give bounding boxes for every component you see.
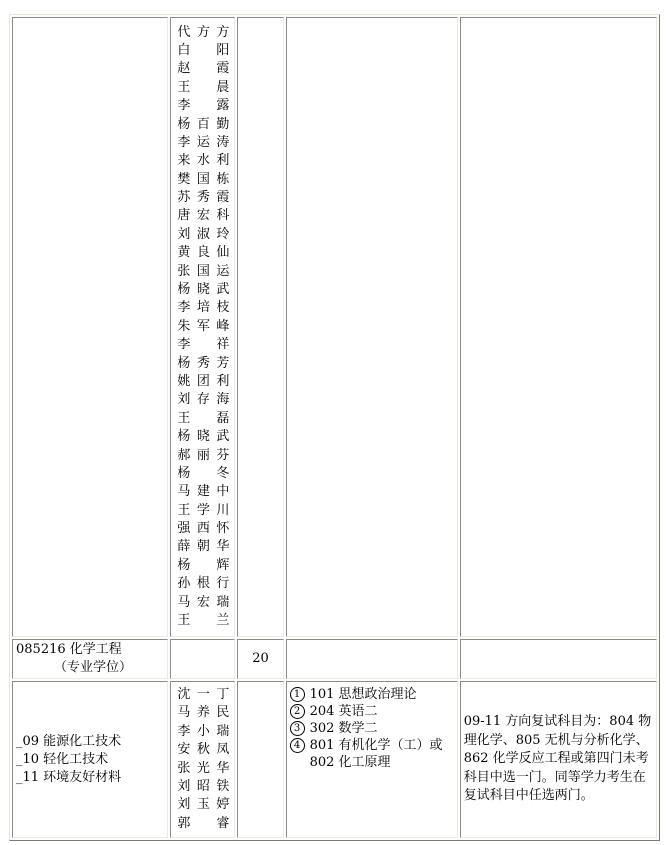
exam-subjects-cell <box>286 639 458 679</box>
exam-subject-item: 2 204 英语二 <box>290 703 454 720</box>
exam-subjects-cell: 1 101 思想政治理论 2 204 英语二 3 302 数学二 4 801 有… <box>286 681 458 838</box>
supervisor-name: 郭 睿 <box>177 815 229 833</box>
circled-number-icon: 1 <box>290 687 305 702</box>
specialty-cell: 085216 化学工程 （专业学位） <box>12 639 168 679</box>
supervisor-name: 黄良仙 <box>177 244 229 262</box>
notes-cell <box>460 639 657 679</box>
supervisor-name: 李运涛 <box>177 134 229 152</box>
notes-cell: 09-11 方向复试科目为：804 物理化学、805 无机与分析化学、862 化… <box>460 681 657 838</box>
exam-subjects-cell <box>286 17 458 637</box>
supervisor-name: 安秋凤 <box>177 741 229 759</box>
supervisor-name: 马建中 <box>177 483 229 501</box>
specialty-cell <box>12 17 168 637</box>
supervisor-name: 王 磊 <box>177 410 229 428</box>
supervisor-name: 李小瑞 <box>177 723 229 741</box>
supervisor-name: 杨 冬 <box>177 465 229 483</box>
table-row: _09 能源化工技术 _10 轻化工技术 _11 环境友好材料 沈一丁马养民李小… <box>12 681 657 838</box>
supervisor-name: 姚团利 <box>177 373 229 391</box>
supervisor-name: 来水利 <box>177 152 229 170</box>
supervisor-name: 赵 霞 <box>177 60 229 78</box>
supervisors-cell: 沈一丁马养民李小瑞安秋凤张光华刘昭铁刘玉婷郭 睿 <box>170 681 235 838</box>
supervisor-name: 孙根行 <box>177 575 229 593</box>
supervisor-name: 白 阳 <box>177 42 229 60</box>
supervisor-name: 马养民 <box>177 704 229 722</box>
supervisor-name: 王 兰 <box>177 612 229 630</box>
table-row: 085216 化学工程 （专业学位） 20 <box>12 639 657 679</box>
supervisor-name: 樊国栋 <box>177 171 229 189</box>
supervisor-name: 刘存海 <box>177 391 229 409</box>
supervisor-name: 强西怀 <box>177 520 229 538</box>
supervisor-name: 杨 辉 <box>177 557 229 575</box>
supervisor-name: 唐宏科 <box>177 207 229 225</box>
direction-item: _10 轻化工技术 <box>16 751 164 769</box>
supervisor-name: 杨晓武 <box>177 428 229 446</box>
circled-number-icon: 2 <box>290 704 305 719</box>
supervisor-name: 李 露 <box>177 97 229 115</box>
supervisor-name: 郝丽芬 <box>177 447 229 465</box>
supervisor-name: 张国运 <box>177 263 229 281</box>
specialty-code-name: 085216 化学工程 <box>16 642 122 657</box>
supervisor-name: 刘玉婷 <box>177 796 229 814</box>
research-directions-cell: _09 能源化工技术 _10 轻化工技术 _11 环境友好材料 <box>12 681 168 838</box>
supervisor-name: 沈一丁 <box>177 686 229 704</box>
supervisors-cell <box>170 639 235 679</box>
supervisor-name: 杨秀芳 <box>177 355 229 373</box>
supervisor-name: 杨晓武 <box>177 281 229 299</box>
quota-cell <box>237 681 283 838</box>
supervisor-name: 代方方 <box>177 24 229 42</box>
supervisor-name: 李培枝 <box>177 299 229 317</box>
table-row: 代方方白 阳赵 霞王 晨李 露杨百勤李运涛来水利樊国栋苏秀霞唐宏科刘淑玲黄良仙张… <box>12 17 657 637</box>
supervisor-name: 苏秀霞 <box>177 189 229 207</box>
circled-number-icon: 4 <box>290 738 305 753</box>
supervisor-name: 马宏瑞 <box>177 594 229 612</box>
exam-subject-item: 3 302 数学二 <box>290 720 454 737</box>
supervisor-name: 薛朝华 <box>177 538 229 556</box>
supervisor-name: 王 晨 <box>177 79 229 97</box>
supervisor-name: 刘昭铁 <box>177 778 229 796</box>
quota-cell <box>237 17 283 637</box>
exam-subject-item: 1 101 思想政治理论 <box>290 686 454 703</box>
notes-cell <box>460 17 657 637</box>
supervisor-name: 李 祥 <box>177 336 229 354</box>
supervisor-name: 朱军峰 <box>177 318 229 336</box>
admissions-catalog-table: 代方方白 阳赵 霞王 晨李 露杨百勤李运涛来水利樊国栋苏秀霞唐宏科刘淑玲黄良仙张… <box>9 14 660 841</box>
degree-type: （专业学位） <box>16 659 164 677</box>
supervisors-cell: 代方方白 阳赵 霞王 晨李 露杨百勤李运涛来水利樊国栋苏秀霞唐宏科刘淑玲黄良仙张… <box>170 17 235 637</box>
supervisor-name: 杨百勤 <box>177 116 229 134</box>
exam-subject-item: 4 801 有机化学（工）或 <box>290 737 454 754</box>
supervisor-name: 刘淑玲 <box>177 226 229 244</box>
supervisor-name: 王学川 <box>177 502 229 520</box>
circled-number-icon: 3 <box>290 721 305 736</box>
direction-item: _11 环境友好材料 <box>16 769 164 787</box>
direction-item: _09 能源化工技术 <box>16 733 164 751</box>
supervisor-name: 张光华 <box>177 760 229 778</box>
quota-cell: 20 <box>237 639 283 679</box>
exam-subject-continuation: 802 化工原理 <box>290 754 454 771</box>
